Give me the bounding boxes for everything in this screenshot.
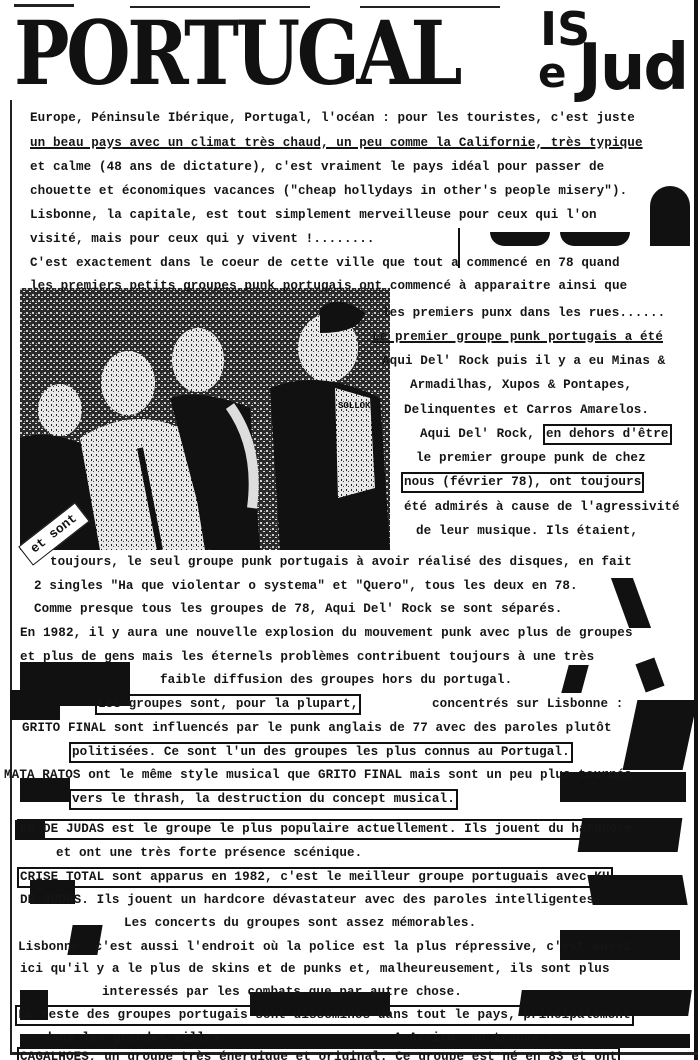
collage-fragment	[635, 657, 664, 692]
text-line: de leur musique. Ils étaient,	[416, 524, 638, 539]
text-line: CAGALHOES, un groupe très énergique et o…	[20, 1050, 617, 1060]
text-line: Aqui Del' Rock,	[420, 427, 535, 442]
text-line: GRITO FINAL sont influencés par le punk …	[22, 721, 612, 736]
text-line: Le reste des groupes portugais sont diss…	[18, 1008, 631, 1023]
text-line: vers le thrash, la destruction du concep…	[72, 792, 455, 807]
collage-fragment	[560, 232, 630, 246]
collage-fragment	[623, 700, 698, 770]
text-line: Lisbonne, c'est aussi l'endroit où la po…	[18, 940, 631, 955]
text-line: Le premier groupe punk portugais a été	[372, 330, 663, 345]
text-line: Armadilhas, Xupos & Pontapes,	[410, 378, 632, 393]
text-line: DE JUDAS. Ils jouent un hardcore dévasta…	[20, 893, 602, 908]
text-line: A Aveiro, on trouve :	[394, 1031, 555, 1046]
text-line: Europe, Péninsule Ibérique, Portugal, l'…	[30, 111, 635, 126]
text-line: MATA RATOS ont le même style musical que…	[4, 768, 632, 783]
text-line: dans les grandes villes.	[44, 1031, 228, 1046]
text-line: ici qu'il y a le plus de skins et de pun…	[20, 962, 610, 977]
text-line: Les groupes sont, pour la plupart,	[98, 697, 358, 712]
text-line: les premiers petits groupes punk portuga…	[30, 279, 627, 294]
text-line: Les concerts du groupes sont assez mémor…	[124, 916, 476, 931]
text-line: Aqui Del' Rock puis il y a eu Minas &	[382, 354, 665, 369]
page-border-left	[10, 100, 12, 1055]
text-line: chouette et économiques vacances ("cheap…	[30, 184, 627, 199]
text-line: et plus de gens mais les éternels problè…	[20, 650, 594, 665]
text-line: interessés par les combats que par autre…	[102, 985, 462, 1000]
text-line: les premiers punx dans les rues......	[382, 306, 665, 321]
text-line: En 1982, il y aura une nouvelle explosio…	[20, 626, 633, 641]
collage-fragment	[490, 232, 550, 246]
collage-fragment	[10, 690, 60, 720]
headline-portugal: PORTUGAL	[14, 8, 459, 98]
text-line: 2 singles "Ha que violentar o systema" e…	[34, 579, 578, 594]
text-line: politisées. Ce sont l'un des groupes les…	[72, 745, 570, 760]
page-border-right	[694, 0, 698, 1060]
text-line: toujours, le seul groupe punk portugais …	[50, 555, 632, 570]
text-line: Delinquentes et Carros Amarelos.	[404, 403, 649, 418]
text-line: nous (février 78), ont toujours	[404, 475, 641, 490]
text-line: le premier groupe punk de chez	[416, 451, 646, 466]
text-line: en dehors d'être	[546, 427, 669, 442]
collage-fragment	[611, 578, 651, 628]
zine-page: PORTUGAL IS e Jud	[0, 0, 700, 1060]
text-line: faible diffusion des groupes hors du por…	[160, 673, 512, 688]
text-line: été admirés à cause de l'agressivité	[404, 500, 680, 515]
headline-fragment-e: e	[538, 52, 567, 94]
text-line: CRISE TOTAL sont apparus en 1982, c'est …	[20, 870, 610, 885]
text-line: Comme presque tous les groupes de 78, Aq…	[34, 602, 562, 617]
text-line: KU DE JUDAS est le groupe le plus popula…	[20, 822, 633, 837]
text-line: concentrés sur Lisbonne :	[432, 697, 623, 712]
text-line: et ont une très forte présence scénique.	[56, 846, 362, 861]
collage-fragment	[561, 665, 589, 693]
text-line: et calme (48 ans de dictature), c'est vr…	[30, 160, 604, 175]
text-line: Lisbonne, la capitale, est tout simpleme…	[30, 208, 597, 223]
text-line: C'est exactement dans le coeur de cette …	[30, 256, 620, 271]
text-line: un beau pays avec un climat très chaud, …	[30, 136, 643, 151]
text-line: visité, mais pour ceux qui y vivent !...…	[30, 232, 375, 247]
collage-fragment	[650, 186, 690, 246]
shirt-text: SOLLOK	[338, 401, 371, 411]
headline-fragment-jud: Jud	[578, 36, 687, 100]
